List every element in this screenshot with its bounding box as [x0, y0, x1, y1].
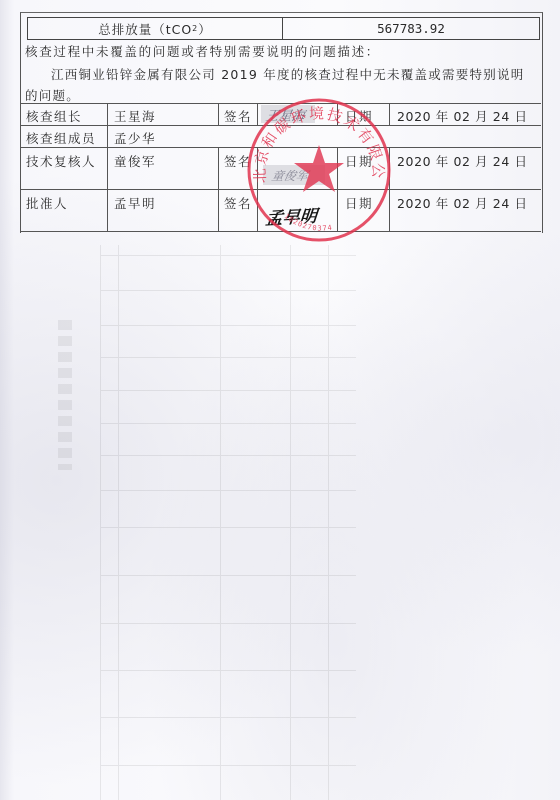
- name-lead-verifier: 王星海: [114, 107, 156, 125]
- issues-description-label: 核查过程中未覆盖的问题或者特别需要说明的问题描述：: [25, 42, 380, 60]
- total-emissions-row: 总排放量（tCO2） 567783.92: [27, 17, 540, 40]
- total-emissions-label: 总排放量（tCO2）: [28, 18, 283, 39]
- date-approver: 2020 年 02 月 24 日: [397, 194, 528, 212]
- bleed-through-title: [58, 320, 72, 470]
- name-technical-reviewer: 童俊军: [114, 152, 156, 170]
- signature-technical-reviewer: 童俊军: [270, 167, 310, 184]
- name-approver: 孟早明: [114, 194, 156, 212]
- role-approver: 批准人: [26, 194, 68, 212]
- role-technical-reviewer: 技术复核人: [26, 152, 96, 170]
- sign-label: 签名: [224, 194, 252, 212]
- date-technical-reviewer: 2020 年 02 月 24 日: [397, 152, 528, 170]
- date-label: 日期: [345, 194, 373, 212]
- name-team-member: 孟少华: [114, 129, 156, 147]
- issues-description-body: 江西铜业铅锌金属有限公司 2019 年度的核查过程中无未覆盖或需要特别说明的问题…: [25, 64, 537, 106]
- date-lead-verifier: 2020 年 02 月 24 日: [397, 107, 528, 125]
- signature-approver: 孟早明: [265, 202, 319, 230]
- role-team-member: 核查组成员: [26, 129, 96, 147]
- total-emissions-value: 567783.92: [283, 18, 539, 39]
- date-label: 日期: [345, 107, 373, 125]
- role-lead-verifier: 核查组长: [26, 107, 82, 125]
- signoff-table: 核查组长 王星海 签名 王星海 日期 2020 年 02 月 24 日 核查组成…: [20, 103, 541, 232]
- date-label: 日期: [345, 152, 373, 170]
- signature-lead-verifier: 王星海: [264, 105, 306, 124]
- sign-label: 签名: [224, 152, 252, 170]
- bleed-through-table: [100, 245, 356, 800]
- sign-label: 签名: [224, 107, 252, 125]
